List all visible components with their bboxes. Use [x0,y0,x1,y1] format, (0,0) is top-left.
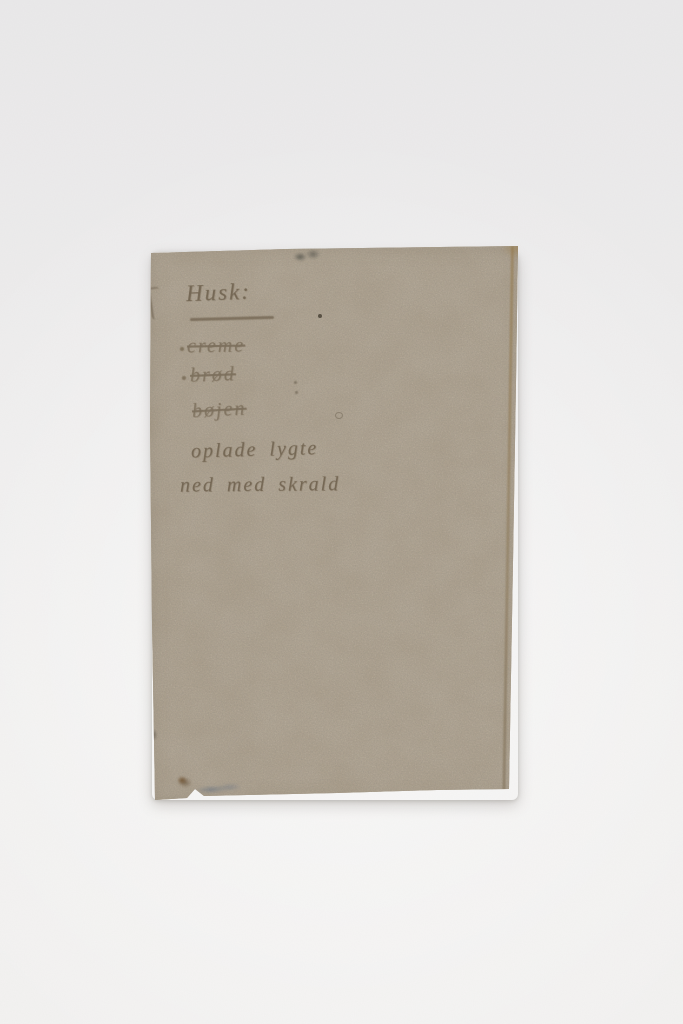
photo-background: Husk: creme brød bøjen oplade lygte ned … [0,0,683,1024]
card-edge-shading [147,243,525,803]
paper-note: Husk: creme brød bøjen oplade lygte ned … [147,243,525,803]
